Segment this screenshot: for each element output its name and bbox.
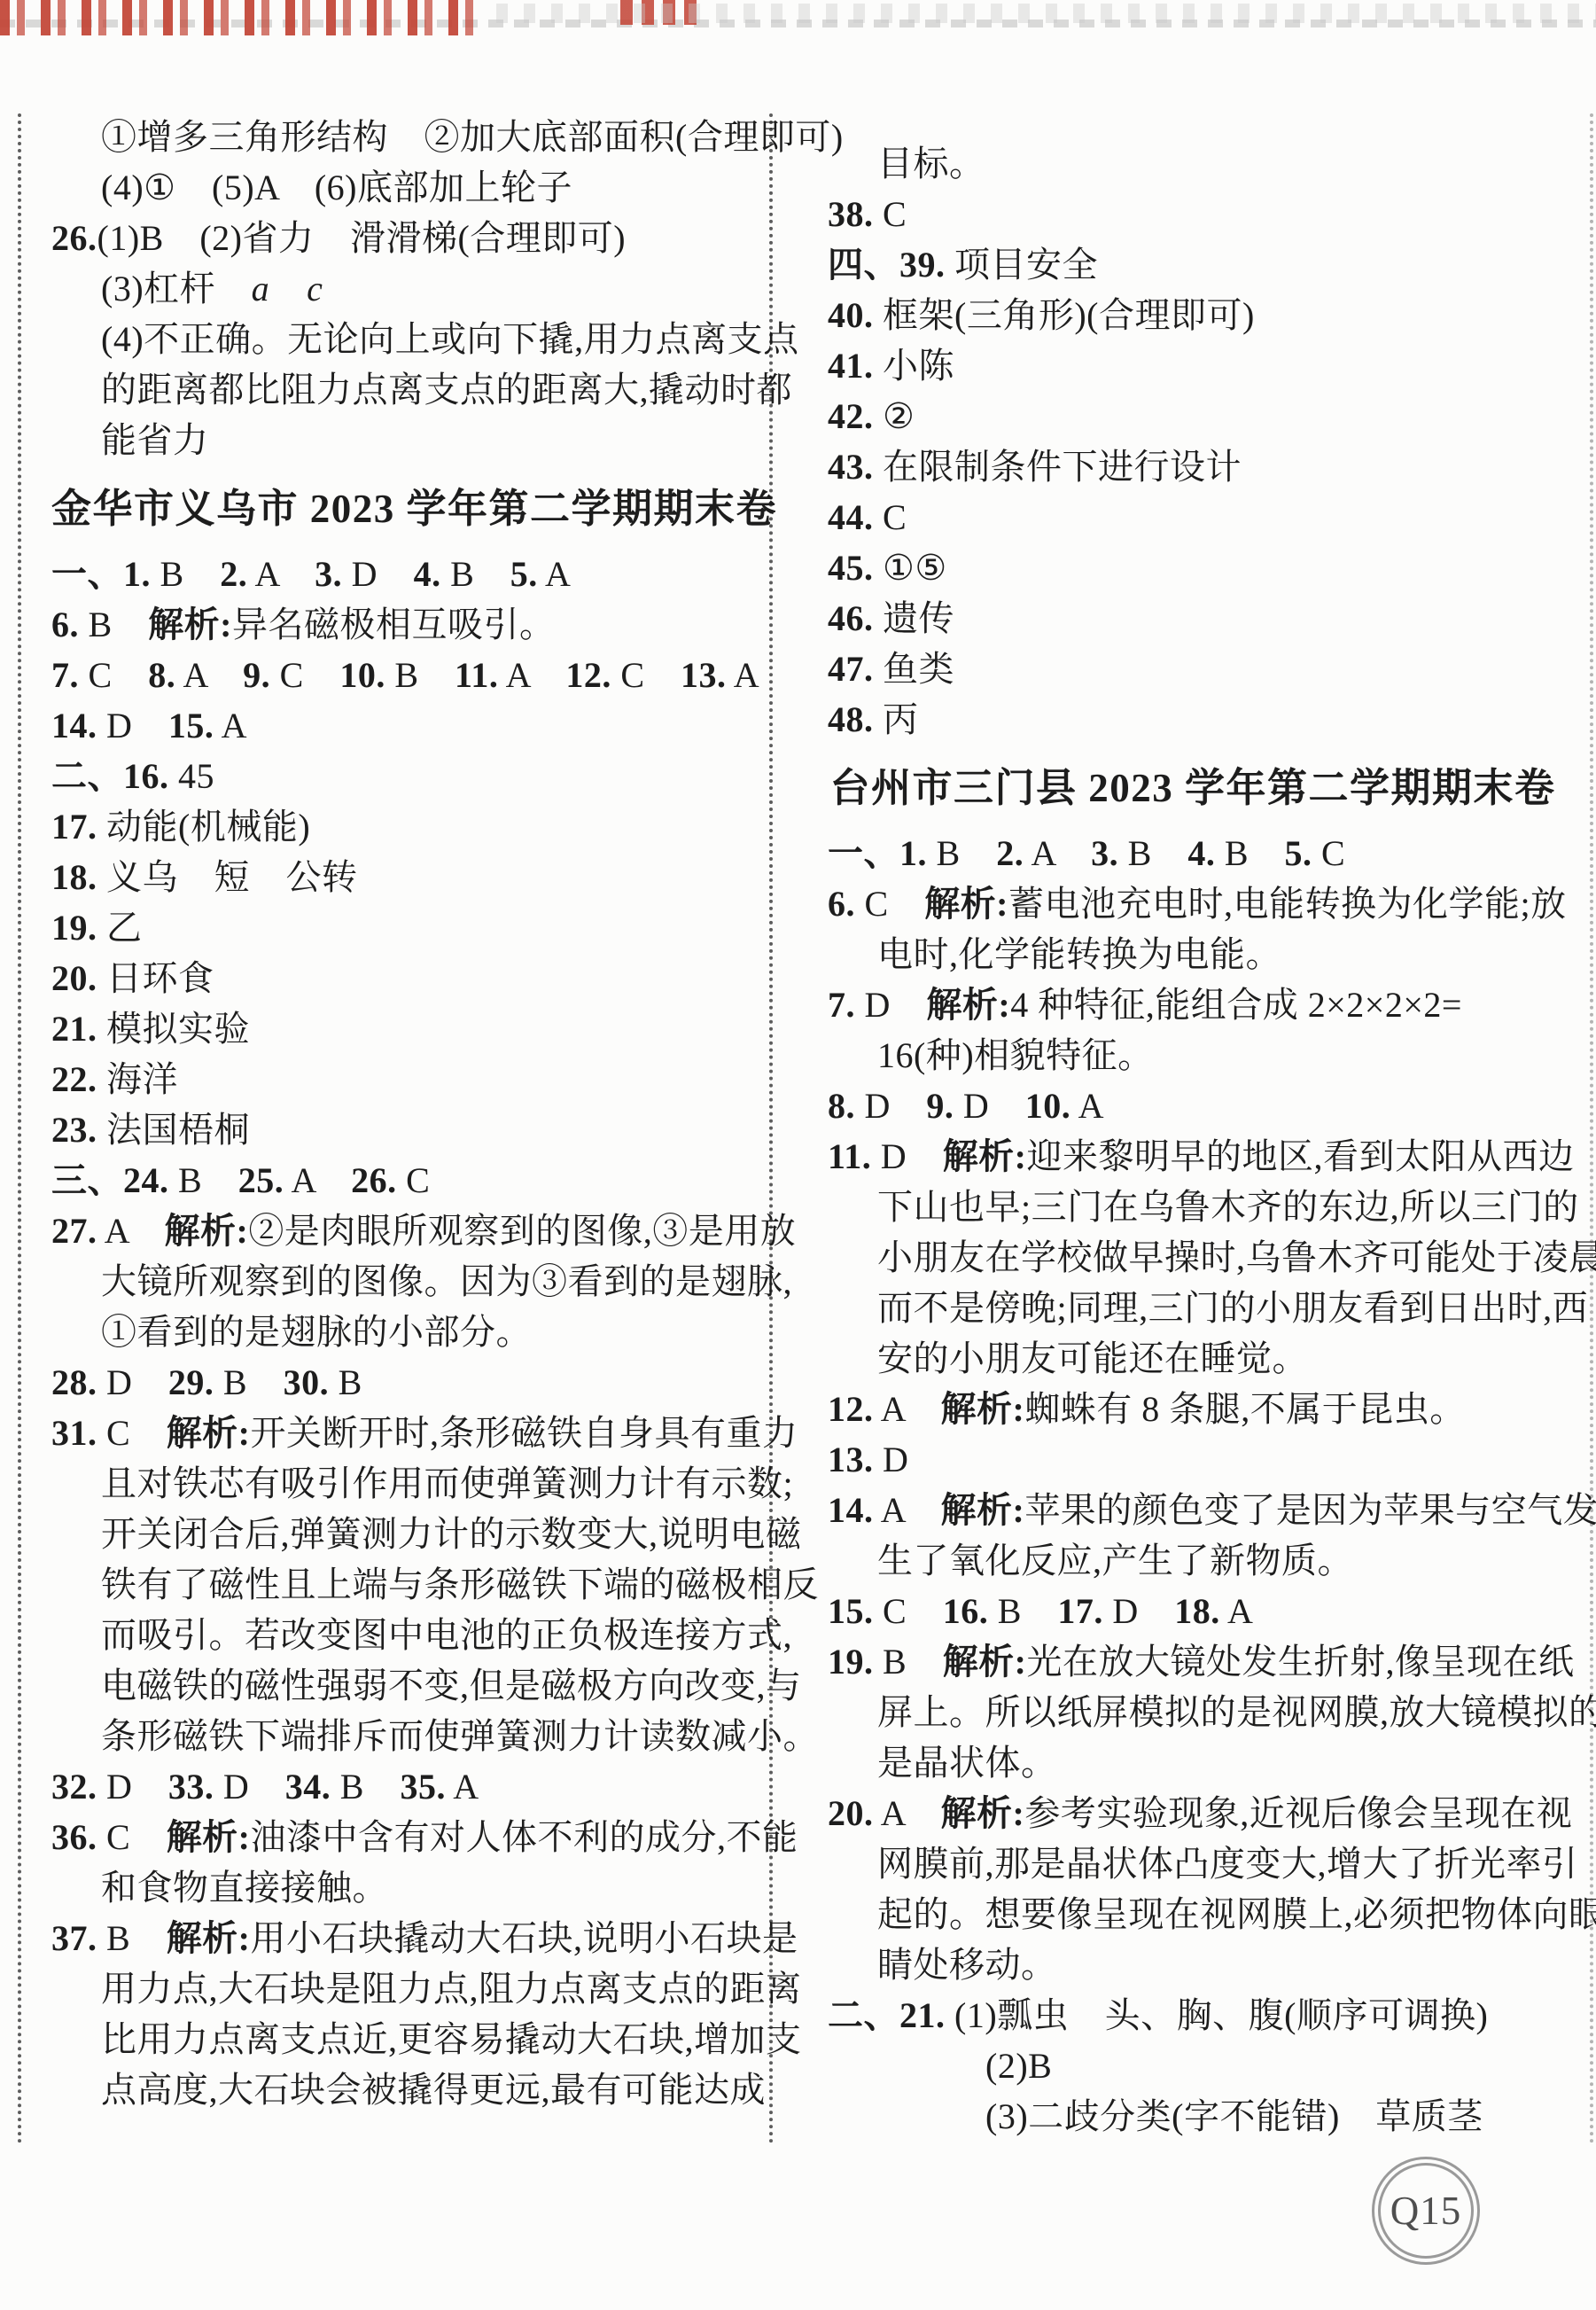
answer-label-bold: 7. [51,655,79,695]
answer-text: 起的。想要像呈现在视网膜上,必须把物体向眼 [877,1894,1596,1934]
answer-text: B [927,833,996,873]
answer-label-bold: 34. [285,1767,331,1807]
answer-label-bold: 40. [828,295,874,335]
answer-label-bold: 4. [1187,833,1215,873]
answer-text: 开关断开时,条形磁铁自身具有重力 [251,1413,798,1453]
answer-label-bold: 4. [414,554,441,594]
answer-label-bold: 14. [828,1490,874,1530]
answer-text: 而不是傍晚;同理,三门的小朋友看到日出时,西 [877,1288,1588,1328]
answer-label-bold: 38. [828,194,874,234]
answer-label-bold: 解析: [148,605,232,644]
answer-text: 下山也早;三门在乌鲁木齐的东边,所以三门的 [877,1187,1579,1227]
answer-text: C [1312,833,1346,873]
answer-text: A [284,1160,351,1200]
answer-text: 且对铁芯有吸引作用而使弹簧测力计有示数; [101,1463,793,1503]
answer-line: 二、16. 45 [51,751,762,801]
answer-line: 点高度,大石块会被撬得更远,最有可能达成 [51,2064,762,2115]
answer-text: A [874,1389,941,1429]
answer-text: 模拟实验 [97,1009,251,1049]
answer-label-bold: 三、24. [51,1160,169,1200]
answer-line: 18. 义乌 短 公转 [51,852,762,902]
answer-label-bold: 21. [51,1009,97,1049]
answer-text: B [1215,833,1284,873]
answer-line: 15. C 16. B 17. D 18. A [828,1586,1558,1636]
answer-text: C [874,1591,943,1631]
answer-label-bold: 19. [51,908,97,948]
answer-label-bold: 20. [828,1793,874,1833]
answer-text: B [1118,833,1187,873]
answer-label-bold: 28. [51,1362,97,1402]
answer-label-bold: 16. [943,1591,989,1631]
answer-label-bold: 8. [148,655,175,695]
answer-line: 40. 框架(三角形)(合理即可) [828,290,1558,340]
answer-text: B [988,1591,1057,1631]
answer-text: A [97,1211,165,1251]
answer-text: 苹果的颜色变了是因为苹果与空气发 [1024,1490,1596,1530]
answer-text: 在限制条件下进行设计 [874,447,1242,487]
answer-label-bold: 3. [1091,833,1118,873]
answer-text: D [855,1086,926,1126]
answer-text: B [385,655,455,695]
answer-text: 比用力点离支点近,更容易撬动大石块,增加支 [101,2019,802,2059]
answer-line: 而不是傍晚;同理,三门的小朋友看到日出时,西 [828,1283,1558,1333]
answer-text: 开关闭合后,弹簧测力计的示数变大,说明电磁 [101,1514,802,1554]
answer-text: 铁有了磁性且上端与条形磁铁下端的磁极相反 [101,1565,819,1604]
answer-label-bold: 解析: [943,1642,1027,1682]
answer-text: 异名磁极相互吸引。 [232,605,556,644]
answer-line: 19. B 解析:光在放大镜处发生折射,像呈现在纸 [828,1636,1558,1687]
answer-label-bold: 23. [51,1110,97,1150]
answer-label-bold: 5. [510,554,538,594]
answer-line: 12. A 解析:蜘蛛有 8 条腿,不属于昆虫。 [828,1384,1558,1434]
left-column: ①增多三角形结构 ②加大底部面积(合理即可)(4)① (5)A (6)底部加上轮… [51,112,762,2115]
answer-line: 48. 丙 [828,694,1558,745]
answer-line: 20. A 解析:参考实验现象,近视后像会呈现在视 [828,1788,1558,1838]
answer-label-bold: 31. [51,1413,97,1453]
answer-text: 用力点,大石块是阻力点,阻力点离支点的距离 [101,1969,802,2009]
answer-text: A [214,706,247,745]
answer-text: B [79,605,148,644]
answer-label-bold: 9. [926,1086,954,1126]
answer-line: 26.(1)B (2)省力 滑滑梯(合理即可) [51,213,762,263]
answer-label-bold: 3. [315,554,342,594]
answer-label-bold: 36. [51,1817,97,1857]
answer-text: 4 种特征,能组合成 2×2×2×2= [1010,985,1462,1025]
answer-label-bold: 8. [828,1086,855,1126]
answer-line: 电时,化学能转换为电能。 [828,929,1558,979]
answer-line: 14. D 15. A [51,700,762,751]
answer-label-bold: 解析: [940,1389,1024,1429]
answer-label-bold: 44. [828,497,874,537]
answer-line: 37. B 解析:用小石块撬动大石块,说明小石块是 [51,1913,762,1963]
answer-text: C [874,194,907,234]
answer-label-bold: 台州市三门县 2023 学年第二学期期末卷 [829,766,1555,810]
answer-line: 睛处移动。 [828,1939,1558,1990]
answer-text: 是晶状体。 [877,1743,1057,1783]
answer-text: D [855,985,926,1025]
answer-text: B [874,1642,943,1682]
answer-text: A [1220,1591,1254,1631]
answer-text: 小朋友在学校做早操时,乌鲁木齐可能处于凌晨 [877,1237,1596,1277]
answer-text: B [151,554,220,594]
answer-label-bold: 43. [828,447,874,487]
answer-label-bold: 15. [168,706,214,745]
answer-text: 和食物直接接触。 [101,1868,388,1908]
answer-line: 条形磁铁下端排斥而使弹簧测力计读数减小。 [51,1711,762,1761]
answer-text: 屏上。所以纸屏模拟的是视网膜,放大镜模拟的 [877,1692,1596,1732]
answer-text: 项目安全 [946,245,1099,285]
answer-text: 目标。 [877,144,985,183]
answer-text: 遗传 [874,598,955,638]
answer-line: 47. 鱼类 [828,644,1558,694]
answer-label-bold: 2. [220,554,247,594]
answer-line: 23. 法国梧桐 [51,1104,762,1155]
answer-label-bold: 解析: [167,1817,251,1857]
answer-text: 光在放大镜处发生折射,像呈现在纸 [1027,1642,1575,1682]
answer-text: (1)B (2)省力 滑滑梯(合理即可) [97,218,627,258]
answer-text: 法国梧桐 [97,1110,251,1150]
answer-text: 睛处移动。 [877,1945,1057,1985]
answer-line: 27. A 解析:②是肉眼所观察到的图像,③是用放 [51,1206,762,1256]
answer-line: 7. D 解析:4 种特征,能组合成 2×2×2×2= [828,979,1558,1030]
answer-line: 38. C [828,189,1558,239]
answer-text: 生了氧化反应,产生了新物质。 [877,1541,1353,1580]
answer-line: 8. D 9. D 10. A [828,1081,1558,1131]
answer-text: A [175,655,243,695]
answer-text: D [1103,1591,1174,1631]
answer-text: ①增多三角形结构 ②加大底部面积(合理即可) [101,117,844,157]
answer-text: C [874,497,907,537]
answer-text: D [214,1767,284,1807]
answer-label-bold: 22. [51,1059,97,1099]
answer-label-bold: 30. [284,1362,330,1402]
answer-text: ② [874,396,915,436]
answer-line: 开关闭合后,弹簧测力计的示数变大,说明电磁 [51,1509,762,1559]
answer-text: ①看到的是翅脉的小部分。 [101,1312,532,1352]
answer-line: 四、39. 项目安全 [828,239,1558,290]
answer-text: ①⑤ [874,548,947,588]
answer-line: 7. C 8. A 9. C 10. B 11. A 12. C 13. A [51,650,762,700]
answer-label-bold: 10. [339,655,385,695]
answer-text: 蓄电池充电时,电能转换为化学能;放 [1008,884,1567,924]
right-column: 目标。38. C四、39. 项目安全40. 框架(三角形)(合理即可)41. 小… [828,138,1558,2142]
answer-line: 比用力点离支点近,更容易撬动大石块,增加支 [51,2014,762,2064]
answer-text: 动能(机械能) [97,807,311,847]
answer-text: 大镜所观察到的图像。因为③看到的是翅脉, [101,1261,792,1301]
answer-line: 铁有了磁性且上端与条形磁铁下端的磁极相反 [51,1559,762,1610]
answer-text: 乙 [97,908,143,948]
answer-text: 网膜前,那是晶状体凸度变大,增大了折光率引 [877,1844,1578,1884]
answer-line: 13. D [828,1434,1558,1485]
answer-label-bold: 42. [828,396,874,436]
answer-line: (2)B [828,2041,1558,2091]
answer-text: 海洋 [97,1059,179,1099]
answer-text: 参考实验现象,近视后像会呈现在视 [1024,1793,1572,1833]
answer-text: (4)① (5)A (6)底部加上轮子 [101,168,572,207]
answer-text: 迎来黎明早的地区,看到太阳从西边 [1027,1136,1575,1176]
answer-line: 42. ② [828,391,1558,441]
answer-label-bold: 5. [1285,833,1312,873]
answer-label-bold: 13. [681,655,727,695]
answer-text: C [79,655,148,695]
answer-text: D [874,1440,909,1479]
answer-line: 起的。想要像呈现在视网膜上,必须把物体向眼 [828,1889,1558,1939]
answer-label-bold: 46. [828,598,874,638]
page-number-badge: Q15 [1372,2157,1480,2265]
answer-line: ①增多三角形结构 ②加大底部面积(合理即可) [51,112,762,162]
answer-line: 44. C [828,492,1558,542]
answer-text: A [446,1767,479,1807]
answer-label-bold: 四、39. [828,245,946,285]
answer-text: 45 [169,756,215,796]
answer-text: B [331,1767,400,1807]
answer-line: 45. ①⑤ [828,542,1558,593]
answer-key-page: ①增多三角形结构 ②加大底部面积(合理即可)(4)① (5)A (6)底部加上轮… [0,0,1596,2310]
answer-line: 安的小朋友可能还在睡觉。 [828,1333,1558,1384]
answer-label-bold: 26. [51,218,97,258]
answer-text: D [97,1767,168,1807]
answer-line: 且对铁芯有吸引作用而使弹簧测力计有示数; [51,1458,762,1509]
answer-line: 一、1. B 2. A 3. B 4. B 5. C [828,828,1558,878]
answer-label-bold: 18. [51,857,97,897]
answer-text: 框架(三角形)(合理即可) [874,295,1255,335]
answer-line: (3)二歧分类(字不能错) 草质茎 [828,2091,1558,2142]
answer-label-bold: 37. [51,1918,97,1958]
answer-text: 16(种)相貌特征。 [877,1035,1154,1075]
answer-text: 能省力 [101,420,209,460]
answer-label-bold: 33. [168,1767,214,1807]
answer-label-bold: 27. [51,1211,97,1251]
answer-text: (1)瓢虫 头、胸、腹(顺序可调换) [946,1995,1489,2035]
answer-line: 电磁铁的磁性强弱不变,但是磁极方向改变,与 [51,1660,762,1711]
answer-label-bold: 解析: [167,1918,251,1958]
answer-line: 一、1. B 2. A 3. D 4. B 5. A [51,549,762,599]
answer-label-bold: 41. [828,346,874,386]
answer-line: (3)杠杆 a c [51,263,762,314]
answer-line: 41. 小陈 [828,340,1558,391]
answer-text: 条形磁铁下端排斥而使弹簧测力计读数减小。 [101,1716,819,1756]
answer-label-bold: 金华市义乌市 2023 学年第二学期期末卷 [51,487,777,531]
answer-label-bold: 一、1. [828,833,927,873]
answer-text: (3)杠杆 [101,269,252,308]
answer-label-bold: 6. [51,605,79,644]
answer-line: 能省力 [51,415,762,465]
answer-line: 目标。 [828,138,1558,189]
answer-text: C [611,655,681,695]
answer-label-bold: 13. [828,1440,874,1479]
answer-text: (2)B [985,2046,1052,2086]
answer-line: 32. D 33. D 34. B 35. A [51,1761,762,1812]
answer-text: 油漆中含有对人体不利的成分,不能 [251,1817,798,1857]
answer-label-bold: 26. [351,1160,397,1200]
answer-line: 46. 遗传 [828,593,1558,644]
answer-line: 19. 乙 [51,902,762,953]
answer-line: 14. A 解析:苹果的颜色变了是因为苹果与空气发 [828,1485,1558,1535]
gray-print-fragment [496,4,1596,23]
answer-text: C [855,884,924,924]
answer-line: 20. 日环食 [51,953,762,1003]
answer-text [271,269,308,308]
answer-line: 用力点,大石块是阻力点,阻力点离支点的距离 [51,1963,762,2014]
answer-text: (4)不正确。无论向上或向下撬,用力点离支点 [101,319,799,359]
answer-label-bold: 解析: [164,1211,248,1251]
answer-line: 三、24. B 25. A 26. C [51,1155,762,1206]
answer-label-bold: 35. [400,1767,446,1807]
answer-text: A [247,554,315,594]
answer-line: 11. D 解析:迎来黎明早的地区,看到太阳从西边 [828,1131,1558,1182]
answer-text: D [97,1362,168,1402]
answer-text: 小陈 [874,346,955,386]
answer-line: 16(种)相貌特征。 [828,1030,1558,1081]
answer-label-bold: 解析: [926,985,1010,1025]
answer-line: 31. C 解析:开关断开时,条形磁铁自身具有重力 [51,1408,762,1458]
answer-label-bold: 25. [238,1160,284,1200]
dotted-rule-left [18,113,21,2145]
answer-text: 蜘蛛有 8 条腿,不属于昆虫。 [1024,1389,1466,1429]
answer-label-bold: 12. [565,655,611,695]
answer-label-bold: 6. [828,884,855,924]
answer-text: D [342,554,413,594]
answer-label-bold: 47. [828,649,874,689]
answer-text: 日环食 [97,958,214,998]
answer-text: D [954,1086,1024,1126]
answer-text: A [727,655,760,695]
answer-text: B [97,1918,167,1958]
answer-label-bold: 20. [51,958,97,998]
answer-label-bold: 解析: [940,1490,1024,1530]
answer-label-bold: 11. [455,655,498,695]
answer-line: 6. B 解析:异名磁极相互吸引。 [51,599,762,650]
answer-text: A [874,1793,941,1833]
answer-text: A [874,1490,941,1530]
answer-label-bold: 10. [1025,1086,1071,1126]
answer-text: 的距离都比阻力点离支点的距离大,撬动时都 [101,370,792,410]
answer-line: 43. 在限制条件下进行设计 [828,441,1558,492]
answer-line: (4)① (5)A (6)底部加上轮子 [51,162,762,213]
answer-label-bold: 12. [828,1389,874,1429]
answer-label-bold: 解析: [924,884,1008,924]
answer-label-bold: 2. [996,833,1024,873]
answer-text: c [307,269,324,308]
red-print-fragment [0,0,486,35]
answer-line: 屏上。所以纸屏模拟的是视网膜,放大镜模拟的 [828,1687,1558,1737]
answer-text: C [97,1817,167,1857]
answer-text: A [538,554,572,594]
answer-label-bold: 15. [828,1591,874,1631]
paper-title: 台州市三门县 2023 学年第二学期期末卷 [828,757,1558,819]
answer-text: C [397,1160,431,1200]
answer-line: 下山也早;三门在乌鲁木齐的东边,所以三门的 [828,1182,1558,1232]
answer-text: D [871,1136,942,1176]
answer-text: A [1024,833,1091,873]
answer-label-bold: 14. [51,706,97,745]
answer-text: 而吸引。若改变图中电池的正负极连接方式, [101,1615,792,1655]
answer-text: D [97,706,168,745]
answer-line: 的距离都比阻力点离支点的距离大,撬动时都 [51,364,762,415]
answer-line: 36. C 解析:油漆中含有对人体不利的成分,不能 [51,1812,762,1862]
answer-label-bold: 17. [51,807,97,847]
answer-text: 电时,化学能转换为电能。 [877,934,1281,974]
answer-text: B [214,1362,283,1402]
answer-line: ①看到的是翅脉的小部分。 [51,1307,762,1357]
dotted-rule-right [1590,113,1593,2145]
answer-line: 网膜前,那是晶状体凸度变大,增大了折光率引 [828,1838,1558,1889]
answer-line: 小朋友在学校做早操时,乌鲁木齐可能处于凌晨 [828,1232,1558,1283]
answer-line: 生了氧化反应,产生了新物质。 [828,1535,1558,1586]
answer-text: 义乌 短 公转 [97,857,358,897]
page-number-label: Q15 [1390,2188,1462,2234]
answer-text: A [1070,1086,1104,1126]
answer-label-bold: 48. [828,699,874,739]
answer-line: 17. 动能(机械能) [51,801,762,852]
answer-line: 6. C 解析:蓄电池充电时,电能转换为化学能;放 [828,878,1558,929]
answer-label-bold: 19. [828,1642,874,1682]
answer-line: (4)不正确。无论向上或向下撬,用力点离支点 [51,314,762,364]
answer-label-bold: 解析: [943,1136,1027,1176]
answer-line: 是晶状体。 [828,1737,1558,1788]
answer-line: 22. 海洋 [51,1054,762,1104]
answer-text: C [270,655,339,695]
answer-label-bold: 7. [828,985,855,1025]
answer-text: 安的小朋友可能还在睡觉。 [877,1338,1308,1378]
answer-line: 大镜所观察到的图像。因为③看到的是翅脉, [51,1256,762,1307]
answer-text: a [252,269,271,308]
answer-text: 用小石块撬动大石块,说明小石块是 [251,1918,798,1958]
answer-label-bold: 9. [243,655,270,695]
answer-line: 21. 模拟实验 [51,1003,762,1054]
answer-label-bold: 11. [828,1136,871,1176]
paper-title: 金华市义乌市 2023 学年第二学期期末卷 [51,478,762,540]
answer-label-bold: 29. [168,1362,214,1402]
answer-text: A [498,655,565,695]
answer-text: 点高度,大石块会被撬得更远,最有可能达成 [101,2070,766,2110]
answer-text: 丙 [874,699,919,739]
answer-text: B [169,1160,238,1200]
answer-line: 28. D 29. B 30. B [51,1357,762,1408]
answer-line: 二、21. (1)瓢虫 头、胸、腹(顺序可调换) [828,1990,1558,2041]
answer-text: B [329,1362,362,1402]
answer-label-bold: 解析: [167,1413,251,1453]
answer-text: 电磁铁的磁性强弱不变,但是磁极方向改变,与 [101,1666,802,1705]
answer-line: 而吸引。若改变图中电池的正负极连接方式, [51,1610,762,1660]
answer-text: (3)二歧分类(字不能错) 草质茎 [985,2096,1483,2136]
answer-label-bold: 32. [51,1767,97,1807]
answer-text: ②是肉眼所观察到的图像,③是用放 [248,1211,796,1251]
answer-label-bold: 18. [1174,1591,1220,1631]
answer-label-bold: 17. [1057,1591,1103,1631]
answer-line: 和食物直接接触。 [51,1862,762,1913]
answer-label-bold: 45. [828,548,874,588]
answer-label-bold: 二、21. [828,1995,946,2035]
answer-text: C [97,1413,167,1453]
answer-label-bold: 一、1. [51,554,151,594]
answer-label-bold: 解析: [940,1793,1024,1833]
answer-text: 鱼类 [874,649,955,689]
answer-label-bold: 二、16. [51,756,169,796]
answer-text: B [441,554,510,594]
